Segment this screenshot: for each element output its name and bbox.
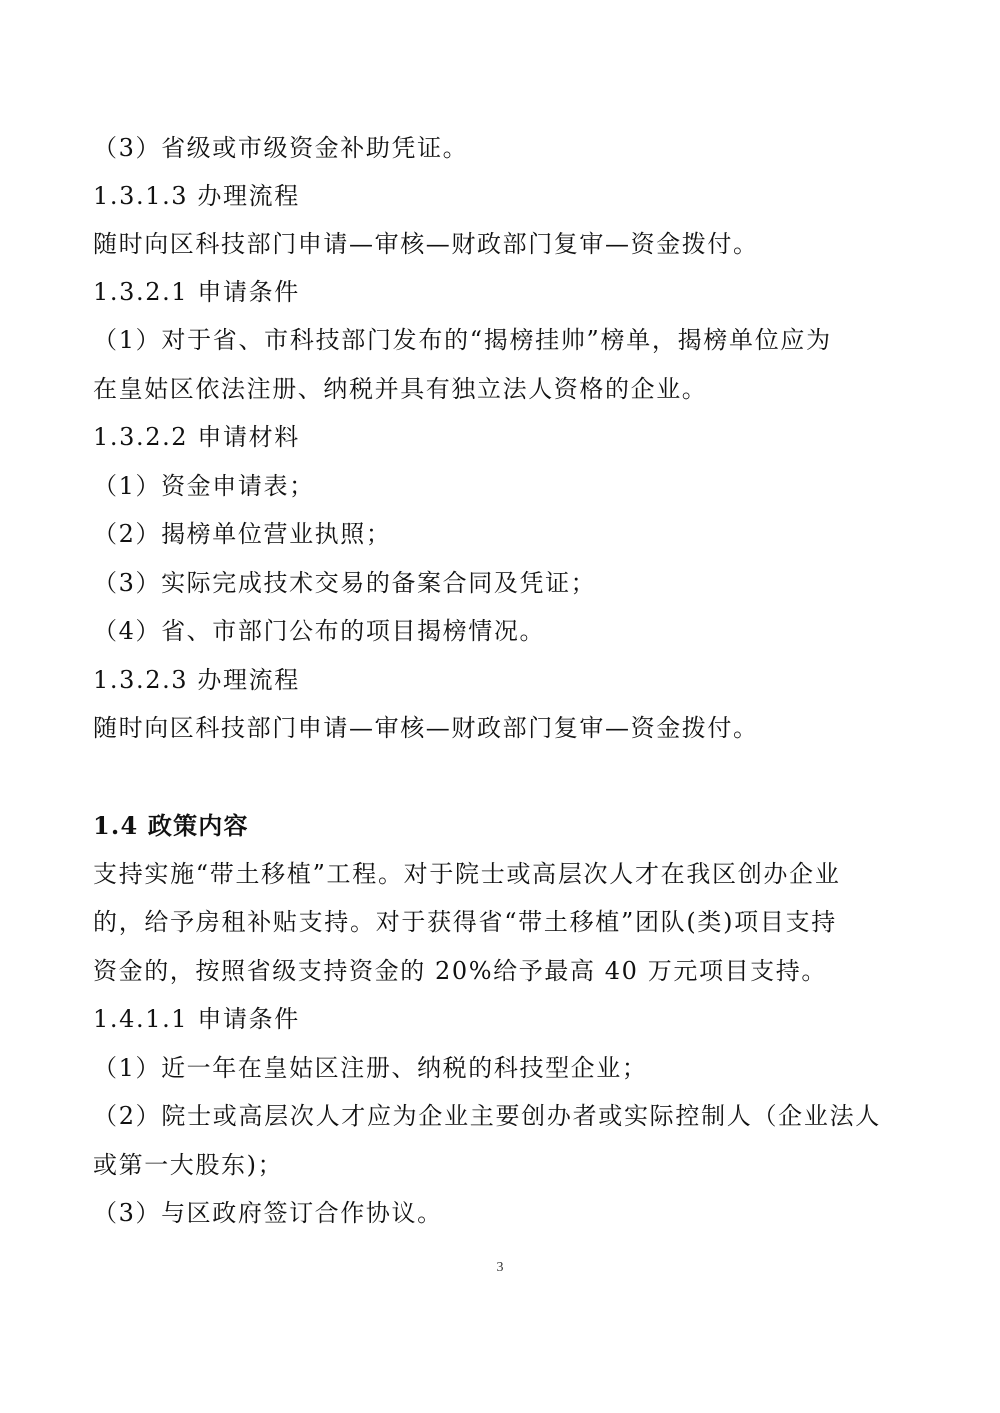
subheading-1-3-2-1: 1.3.2.1 申请条件 bbox=[93, 276, 893, 308]
page-number: 3 bbox=[0, 1258, 1000, 1278]
subheading-1-3-1-3: 1.3.1.3 办理流程 bbox=[93, 180, 893, 212]
list-item-material-3: （3）实际完成技术交易的备案合同及凭证； bbox=[93, 567, 893, 599]
document-page: （3）省级或市级资金补助凭证。 1.3.1.3 办理流程 随时向区科技部门申请—… bbox=[0, 0, 1000, 1413]
section-heading-1-4: 1.4 政策内容 bbox=[93, 810, 893, 842]
list-item-condition-1: （1）对于省、市科技部门发布的“揭榜挂帅”榜单，揭榜单位应为 bbox=[93, 324, 893, 356]
list-item-requirement-2: （2）院士或高层次人才应为企业主要创办者或实际控制人（企业法人 bbox=[93, 1100, 893, 1132]
subheading-1-4-1-1: 1.4.1.1 申请条件 bbox=[93, 1003, 893, 1035]
list-item-requirement-1: （1）近一年在皇姑区注册、纳税的科技型企业； bbox=[93, 1052, 893, 1084]
process-paragraph-2: 随时向区科技部门申请—审核—财政部门复审—资金拨付。 bbox=[93, 712, 893, 744]
policy-paragraph-line-3: 资金的，按照省级支持资金的 20%给予最高 40 万元项目支持。 bbox=[93, 955, 893, 987]
process-paragraph: 随时向区科技部门申请—审核—财政部门复审—资金拨付。 bbox=[93, 228, 893, 260]
list-item-condition-1-continued: 在皇姑区依法注册、纳税并具有独立法人资格的企业。 bbox=[93, 373, 893, 405]
policy-paragraph-line-2: 的，给予房租补贴支持。对于获得省“带土移植”团队(类)项目支持 bbox=[93, 906, 893, 938]
list-item-requirement-3: （3）与区政府签订合作协议。 bbox=[93, 1197, 893, 1229]
list-item-material-2: （2）揭榜单位营业执照； bbox=[93, 518, 893, 550]
policy-paragraph-line-1: 支持实施“带土移植”工程。对于院士或高层次人才在我区创办企业 bbox=[93, 858, 893, 890]
subheading-1-3-2-2: 1.3.2.2 申请材料 bbox=[93, 421, 893, 453]
subheading-1-3-2-3: 1.3.2.3 办理流程 bbox=[93, 664, 893, 696]
list-item-provincial-voucher: （3）省级或市级资金补助凭证。 bbox=[93, 132, 893, 164]
list-item-material-4: （4）省、市部门公布的项目揭榜情况。 bbox=[93, 615, 893, 647]
list-item-material-1: （1）资金申请表； bbox=[93, 470, 893, 502]
list-item-requirement-2-continued: 或第一大股东)； bbox=[93, 1149, 893, 1181]
